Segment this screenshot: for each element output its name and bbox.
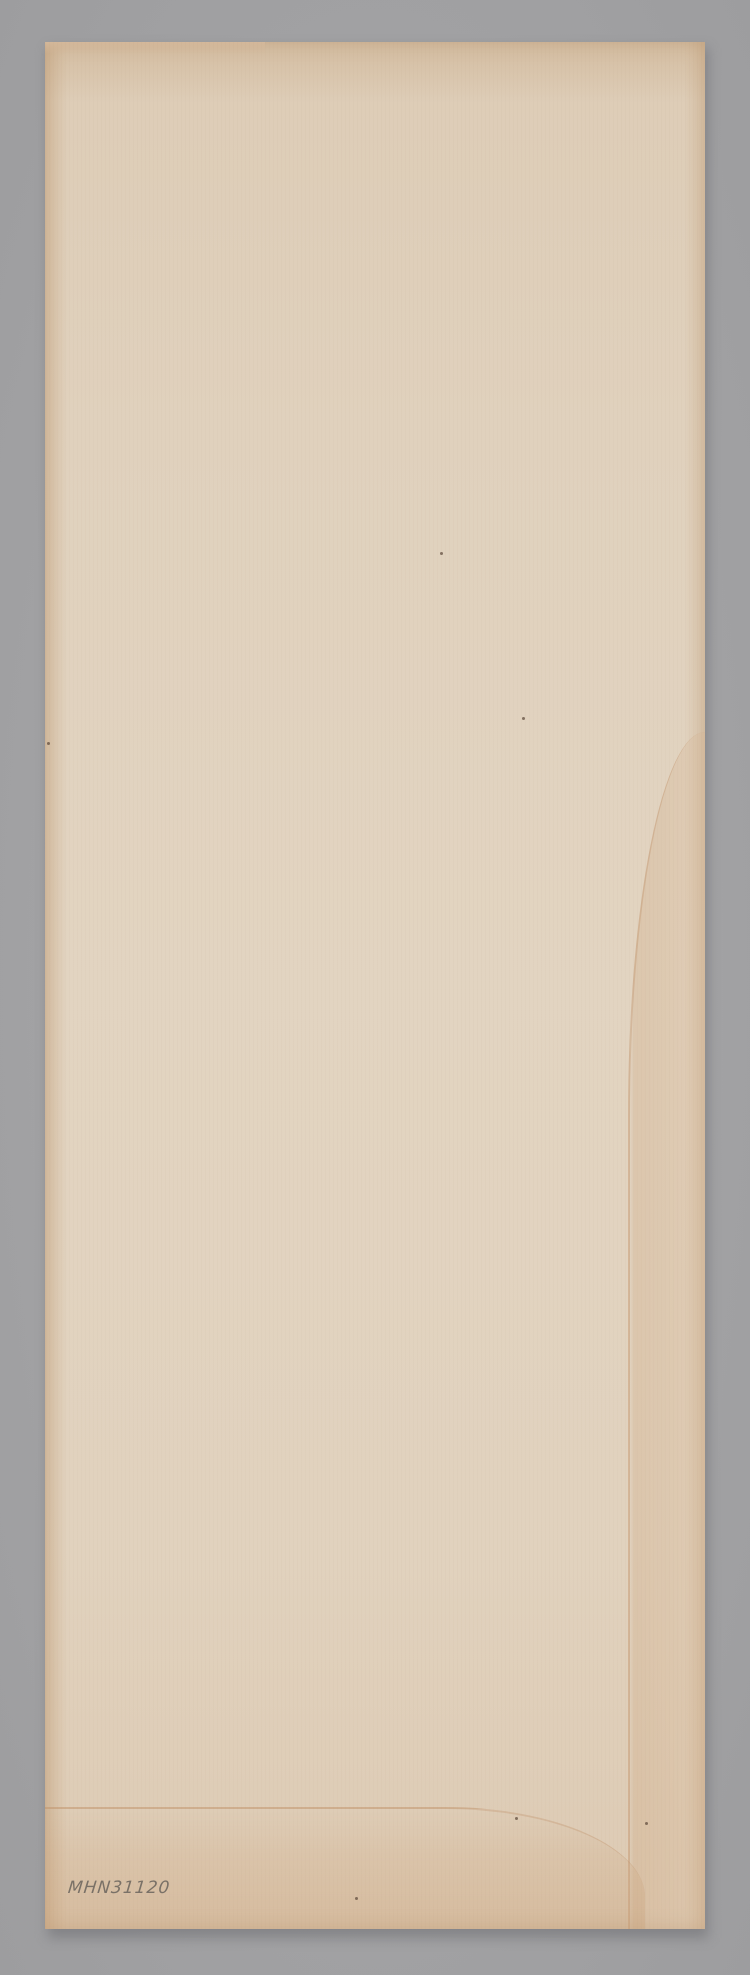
catalog-number-inscription: MHN31120: [67, 1878, 171, 1898]
paper-sheet: [45, 42, 705, 1929]
foxing-spot: [515, 1817, 518, 1820]
water-stain-bottom: [45, 1807, 645, 1929]
foxing-spot: [355, 1897, 358, 1900]
foxing-spot: [522, 717, 525, 720]
torn-top-edge: [45, 42, 265, 54]
foxing-spot: [47, 742, 50, 745]
water-stain-right: [628, 732, 705, 1929]
foxing-spot: [440, 552, 443, 555]
foxing-spot: [645, 1822, 648, 1825]
